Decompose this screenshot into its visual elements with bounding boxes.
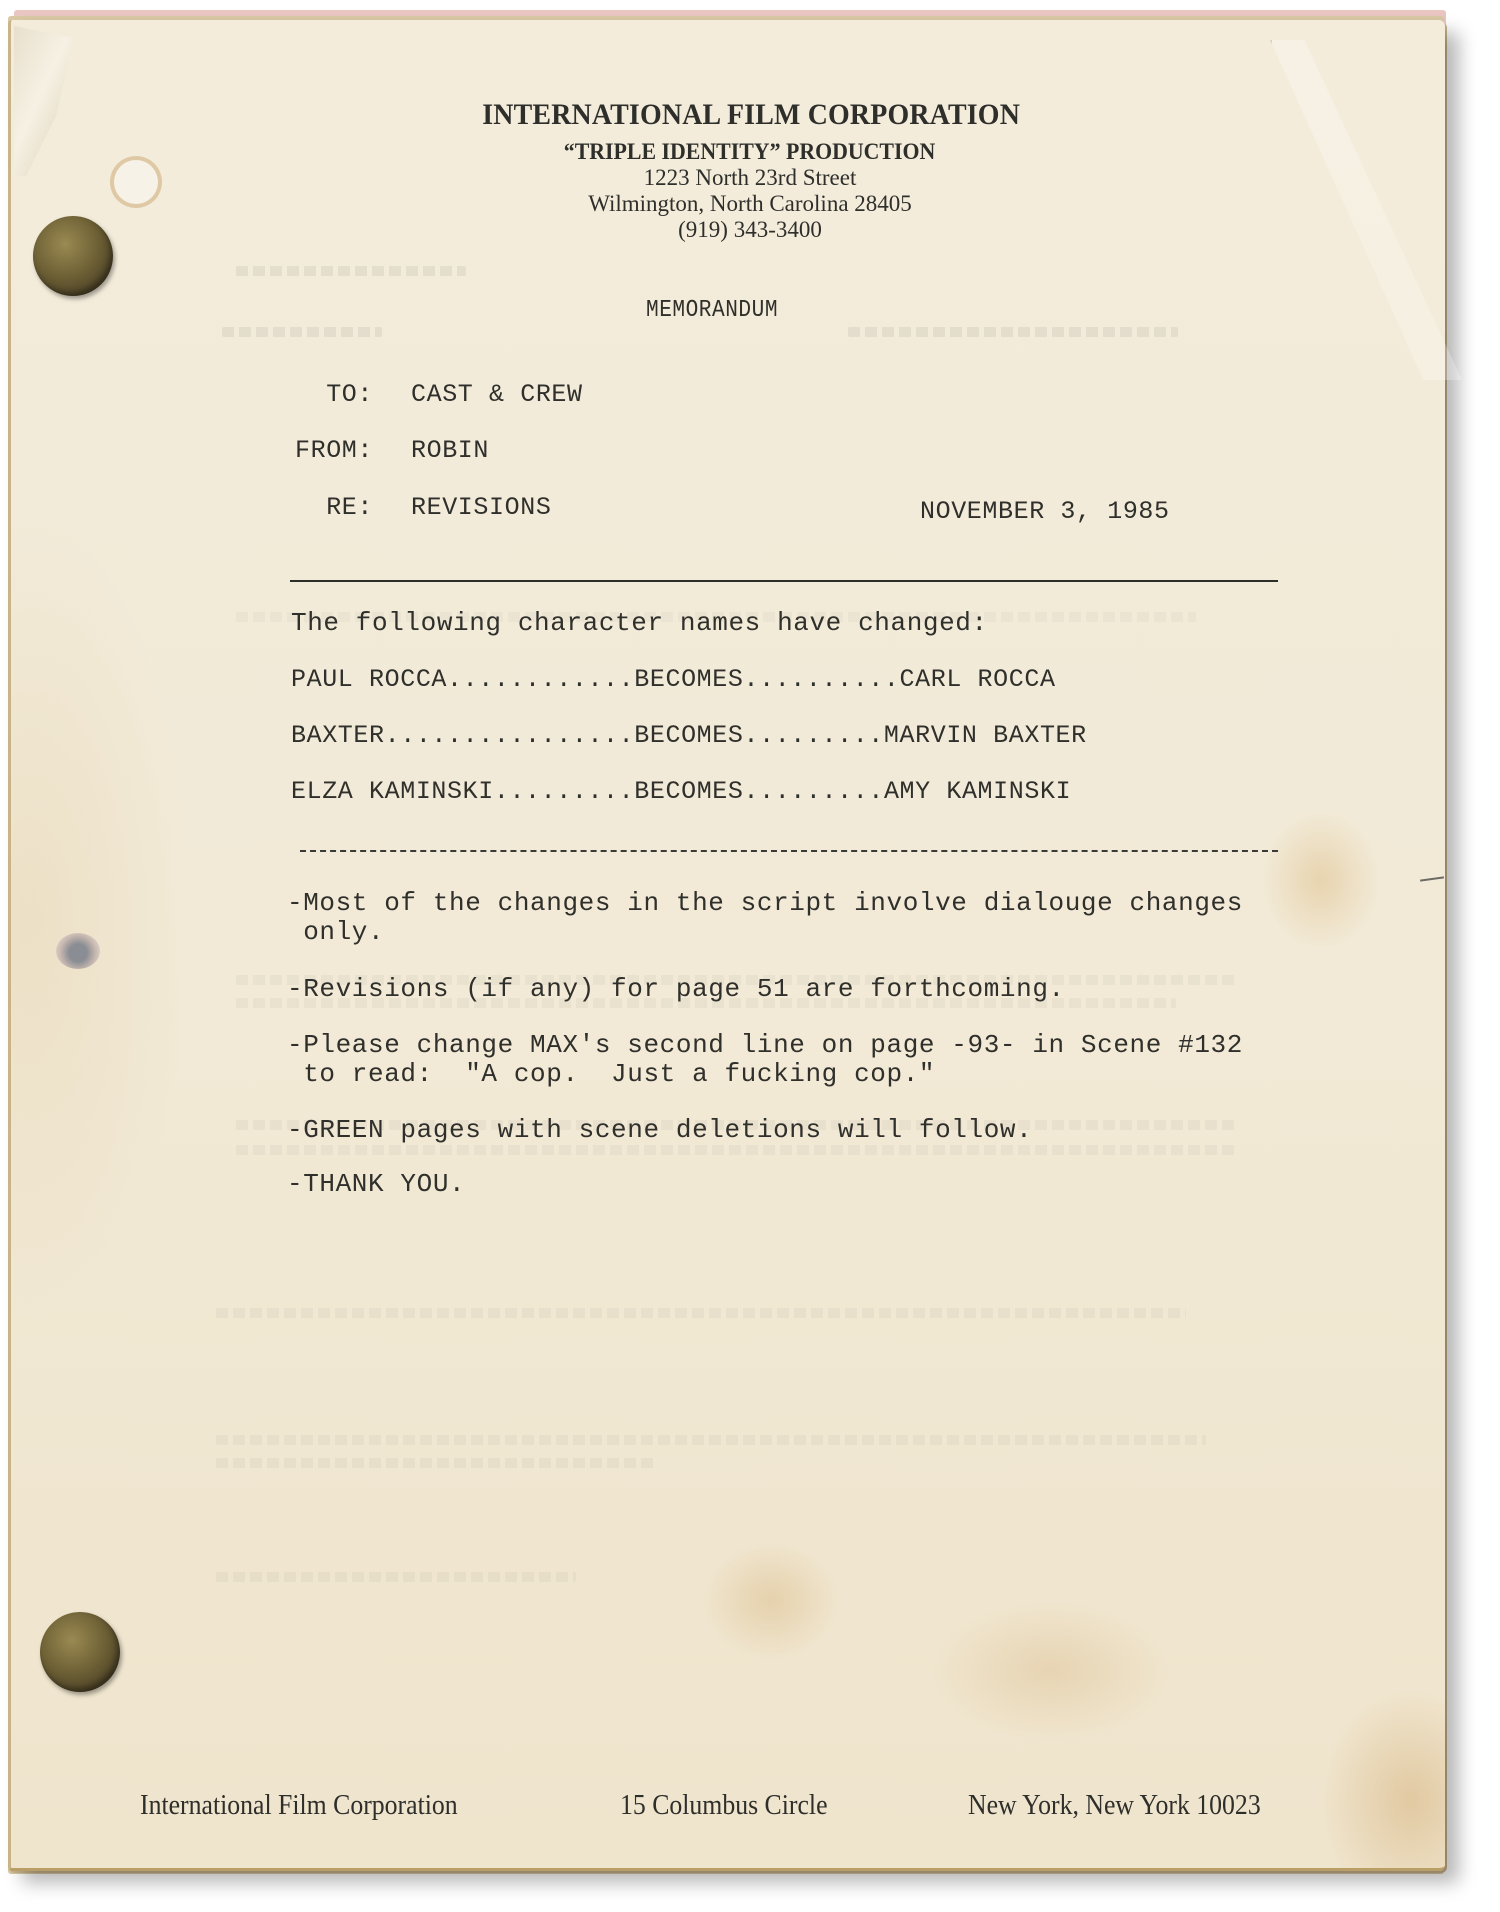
note-item: -Please change MAX's second line on page… — [287, 1031, 1243, 1089]
letterhead-address-street: 1223 North 23rd Street — [0, 166, 1500, 189]
note-item: -Most of the changes in the script invol… — [287, 889, 1243, 947]
new-name: CARL ROCCA — [900, 665, 1056, 694]
note-item: -Revisions (if any) for page 51 are fort… — [287, 975, 1065, 1004]
leader-dots: ................ — [385, 721, 635, 750]
memo-date: NOVEMBER 3, 1985 — [920, 497, 1170, 526]
new-name: AMY KAMINSKI — [884, 777, 1071, 806]
show-through-text — [236, 266, 466, 276]
old-name: BAXTER — [291, 721, 385, 750]
letterhead: INTERNATIONAL FILM CORPORATION “TRIPLE I… — [0, 100, 1500, 241]
re-label: RE: — [283, 493, 373, 522]
to-label: TO: — [283, 380, 373, 409]
memo-title: MEMORANDUM — [646, 297, 778, 324]
brass-brad-icon — [40, 1612, 120, 1692]
dashed-divider — [300, 850, 1278, 852]
leader-dots: ............ — [447, 665, 634, 694]
show-through-text — [848, 327, 1178, 337]
solid-divider — [290, 580, 1278, 582]
show-through-text — [216, 1572, 576, 1582]
old-name: PAUL ROCCA — [291, 665, 447, 694]
punch-hole-icon — [56, 933, 100, 969]
from-value: ROBIN — [411, 436, 489, 465]
letterhead-address-city: Wilmington, North Carolina 28405 — [0, 192, 1500, 215]
letterhead-production: “TRIPLE IDENTITY” PRODUCTION — [564, 140, 936, 163]
footer-street: 15 Columbus Circle — [620, 1790, 828, 1822]
from-label: FROM: — [283, 436, 373, 465]
becomes-label: BECOMES — [634, 721, 743, 750]
old-name: ELZA KAMINSKI — [291, 777, 494, 806]
name-change-row: BAXTER................BECOMES.........MA… — [291, 721, 1087, 750]
re-value: REVISIONS — [411, 493, 551, 522]
becomes-label: BECOMES — [634, 777, 743, 806]
name-change-row: ELZA KAMINSKI.........BECOMES.........AM… — [291, 777, 1071, 806]
leader-dots: .......... — [743, 665, 899, 694]
footer-company: International Film Corporation — [140, 1790, 458, 1822]
show-through-text — [222, 327, 382, 337]
name-change-row: PAUL ROCCA............BECOMES..........C… — [291, 665, 1056, 694]
new-name: MARVIN BAXTER — [884, 721, 1087, 750]
to-value: CAST & CREW — [411, 380, 583, 409]
show-through-text — [216, 1308, 1186, 1318]
name-changes-intro: The following character names have chang… — [291, 608, 988, 638]
show-through-text — [216, 1458, 656, 1468]
show-through-text — [236, 1145, 1236, 1155]
leader-dots: ......... — [744, 777, 884, 806]
note-item: -THANK YOU. — [287, 1170, 465, 1199]
becomes-label: BECOMES — [634, 665, 743, 694]
leader-dots: ......... — [494, 777, 634, 806]
footer-city: New York, New York 10023 — [968, 1790, 1261, 1822]
show-through-text — [216, 1435, 1206, 1445]
note-item: -GREEN pages with scene deletions will f… — [287, 1116, 1032, 1145]
letterhead-phone: (919) 343-3400 — [0, 218, 1500, 241]
letterhead-company: INTERNATIONAL FILM CORPORATION — [482, 100, 1020, 130]
leader-dots: ......... — [743, 721, 883, 750]
